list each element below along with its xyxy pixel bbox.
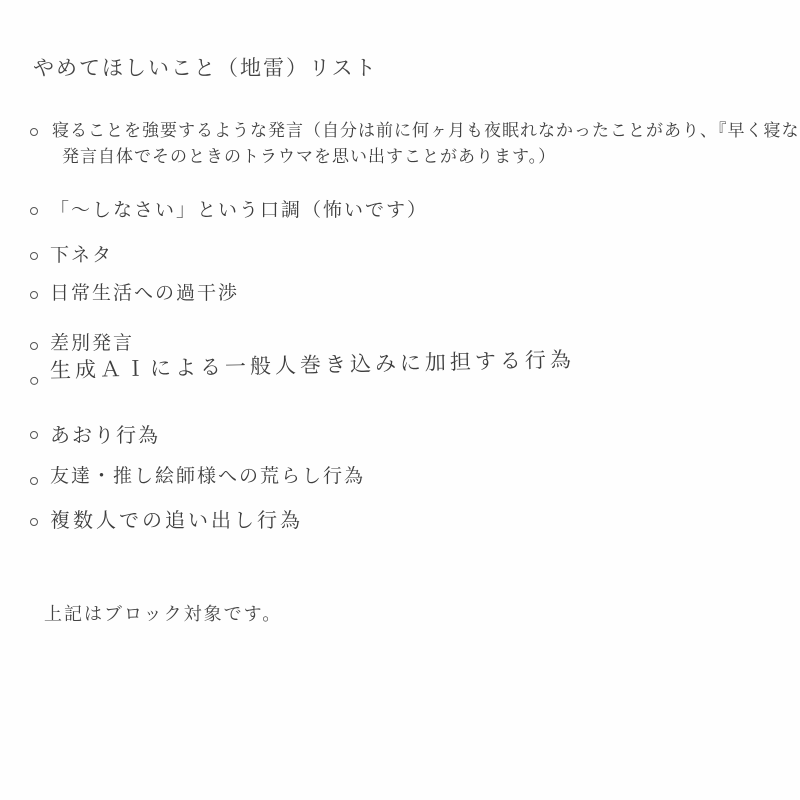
bullet-icon [30,207,38,215]
list-item-text: 寝ることを強要するような発言（自分は前に何ヶ月も夜眠れなかったことがあり、『早く… [50,118,800,171]
bullet-icon [30,477,38,485]
list-item-line: 寝ることを強要するような発言（自分は前に何ヶ月も夜眠れなかったことがあり、『早く… [50,118,800,144]
list-item: 寝ることを強要するような発言（自分は前に何ヶ月も夜眠れなかったことがあり、『早く… [30,118,800,171]
list-item-text: 複数人での追い出し行為 [50,505,303,536]
bullet-icon [30,291,38,299]
list-item-text: 友達・推し絵師様への荒らし行為 [50,462,365,491]
list-item: 日常生活への過干渉 [30,279,239,308]
list-item: 複数人での追い出し行為 [30,505,303,536]
page-title: やめてほしいこと（地雷）リスト [33,52,378,82]
footer-note: 上記はブロック対象です。 [44,600,282,626]
list-item-text: 「〜しなさい」という口調（怖いです） [50,196,428,225]
handwritten-note-page: やめてほしいこと（地雷）リスト 寝ることを強要するような発言（自分は前に何ヶ月も… [0,0,800,800]
list-item-text: 日常生活への過干渉 [50,279,239,308]
bullet-icon [30,252,38,260]
bullet-icon [30,342,38,350]
list-item-line: 発言自体でそのときのトラウマを思い出すことがあります。） [60,144,800,170]
list-item-text: 下ネタ [50,241,113,270]
list-item: 友達・推し絵師様への荒らし行為 [30,462,365,491]
bullet-icon [30,431,38,439]
bullet-icon [30,128,38,136]
bullet-icon [30,377,38,385]
list-item: 下ネタ [30,241,113,270]
bullet-icon [30,518,38,526]
list-item: あおり行為 [30,420,160,451]
list-item-text: あおり行為 [50,420,160,451]
list-item: 「〜しなさい」という口調（怖いです） [30,196,428,225]
